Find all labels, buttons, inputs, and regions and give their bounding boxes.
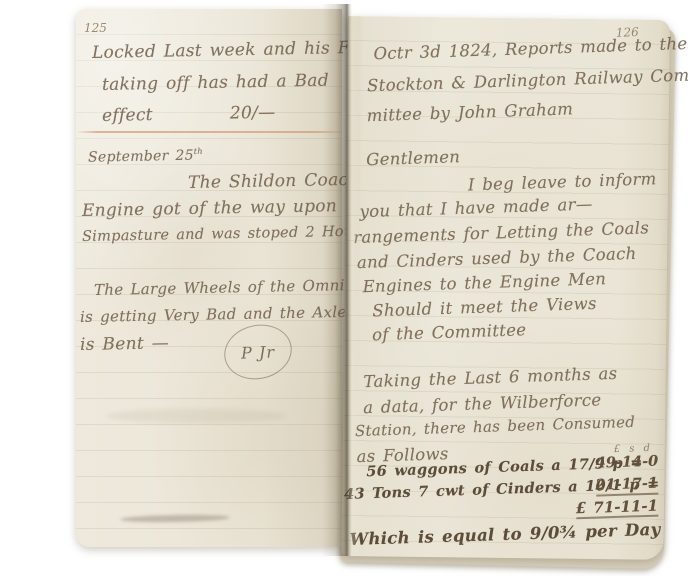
manuscript-line-text: taking off has had a Bad xyxy=(102,71,329,95)
show-through-mark xyxy=(106,409,286,423)
right-page: 126 £ s d Octr 3d 1824, Reports made to … xyxy=(341,16,670,560)
manuscript-line-text: Which is equal to 9/0¾ per Day xyxy=(349,520,660,549)
manuscript-line: mittee by John Graham xyxy=(367,101,574,124)
ledger-amount: 49-14-0 xyxy=(596,455,659,472)
manuscript-line: Stockton & Darlington Railway Com xyxy=(367,68,690,95)
manuscript-line-text: and Cinders used by the Coach xyxy=(357,244,637,272)
manuscript-line: Which is equal to 9/0¾ per Day xyxy=(349,522,660,549)
manuscript-line-text: Simpasture and was stoped 2 Houres xyxy=(82,223,378,245)
manuscript-line-text: is getting Very Bad and the Axle xyxy=(80,303,347,326)
monogram-stamp: P Jr xyxy=(219,319,297,386)
manuscript-line: Simpasture and was stoped 2 Houres xyxy=(82,224,378,244)
manuscript-line-text: you that I have made ar— xyxy=(359,194,593,221)
manuscript-line: is getting Very Bad and the Axle xyxy=(80,305,347,325)
manuscript-line: is Bent — xyxy=(80,335,169,354)
manuscript-line-text: The Large Wheels of the Omnibus xyxy=(94,276,373,299)
left-page-number: 125 xyxy=(84,21,107,35)
manuscript-line-text: Locked Last week and his Fine xyxy=(92,38,378,63)
manuscript-line: The Shildon Coach xyxy=(188,172,360,192)
manuscript-line-text: effect 20/— xyxy=(102,103,276,126)
manuscript-line-text: rangements for Letting the Coals xyxy=(353,218,649,247)
manuscript-line-text: Station, there has been Consumed xyxy=(355,413,636,440)
ledger-amount: £ 71-11-1 xyxy=(576,499,659,520)
manuscript-line-text: I beg leave to inform xyxy=(468,169,657,194)
manuscript-line-text: a data, for the Wilberforce xyxy=(363,390,602,417)
manuscript-line: Locked Last week and his Fine xyxy=(92,40,378,62)
manuscript-line: effect 20/— xyxy=(102,105,276,125)
manuscript-line-text: Engine got of the way upon xyxy=(82,196,337,221)
manuscript-line: Should it meet the Views xyxy=(372,296,597,320)
manuscript-line-text: Taking the Last 6 months as xyxy=(363,364,617,391)
red-ruled-line xyxy=(76,131,342,133)
superscript-ordinal: th xyxy=(194,146,203,156)
manuscript-line: Station, there has been Consumed xyxy=(355,415,636,439)
manuscript-line: September 25th xyxy=(88,147,203,165)
manuscript-line-text: Should it meet the Views xyxy=(372,294,597,320)
manuscript-line-text: of the Committee xyxy=(372,320,527,344)
manuscript-line: of the Committee xyxy=(372,322,527,344)
manuscript-line: Octr 3d 1824, Reports made to the xyxy=(373,36,687,63)
right-page-text: Octr 3d 1824, Reports made to theStockto… xyxy=(348,16,670,20)
manuscript-line-text: Stockton & Darlington Railway Com xyxy=(367,66,690,96)
ink-smudge xyxy=(120,514,230,523)
manuscript-line-text: is Bent — xyxy=(80,333,169,355)
manuscript-line-text: Gentlemen xyxy=(366,147,461,169)
ledger-amount: 21-17-1 xyxy=(595,477,658,497)
manuscript-line: you that I have made ar— xyxy=(359,196,593,220)
manuscript-line: a data, for the Wilberforce xyxy=(363,392,602,416)
manuscript-line-text: Octr 3d 1824, Reports made to the xyxy=(373,34,687,63)
manuscript-line: Taking the Last 6 months as xyxy=(363,366,617,391)
manuscript-line-text: The Shildon Coach xyxy=(188,170,360,193)
manuscript-line: Engine got of the way upon xyxy=(82,198,337,220)
manuscript-line-text: September 25 xyxy=(88,148,194,166)
manuscript-line-text: mittee by John Graham xyxy=(366,99,573,125)
left-page: 125 Locked Last week and his Finetaking … xyxy=(76,9,342,547)
manuscript-line: taking off has had a Bad xyxy=(102,73,329,94)
manuscript-line: I beg leave to inform xyxy=(468,171,657,194)
manuscript-line-text: Engines to the Engine Men xyxy=(362,269,606,296)
manuscript-line: The Large Wheels of the Omnibus xyxy=(94,278,373,298)
photo-background: 125 Locked Last week and his Finetaking … xyxy=(0,0,700,576)
manuscript-line: and Cinders used by the Coach xyxy=(357,246,637,272)
manuscript-line: Gentlemen xyxy=(366,149,460,169)
manuscript-line: Engines to the Engine Men xyxy=(362,271,606,296)
monogram-initials: P Jr xyxy=(241,342,276,362)
manuscript-line: rangements for Letting the Coals xyxy=(353,220,649,246)
